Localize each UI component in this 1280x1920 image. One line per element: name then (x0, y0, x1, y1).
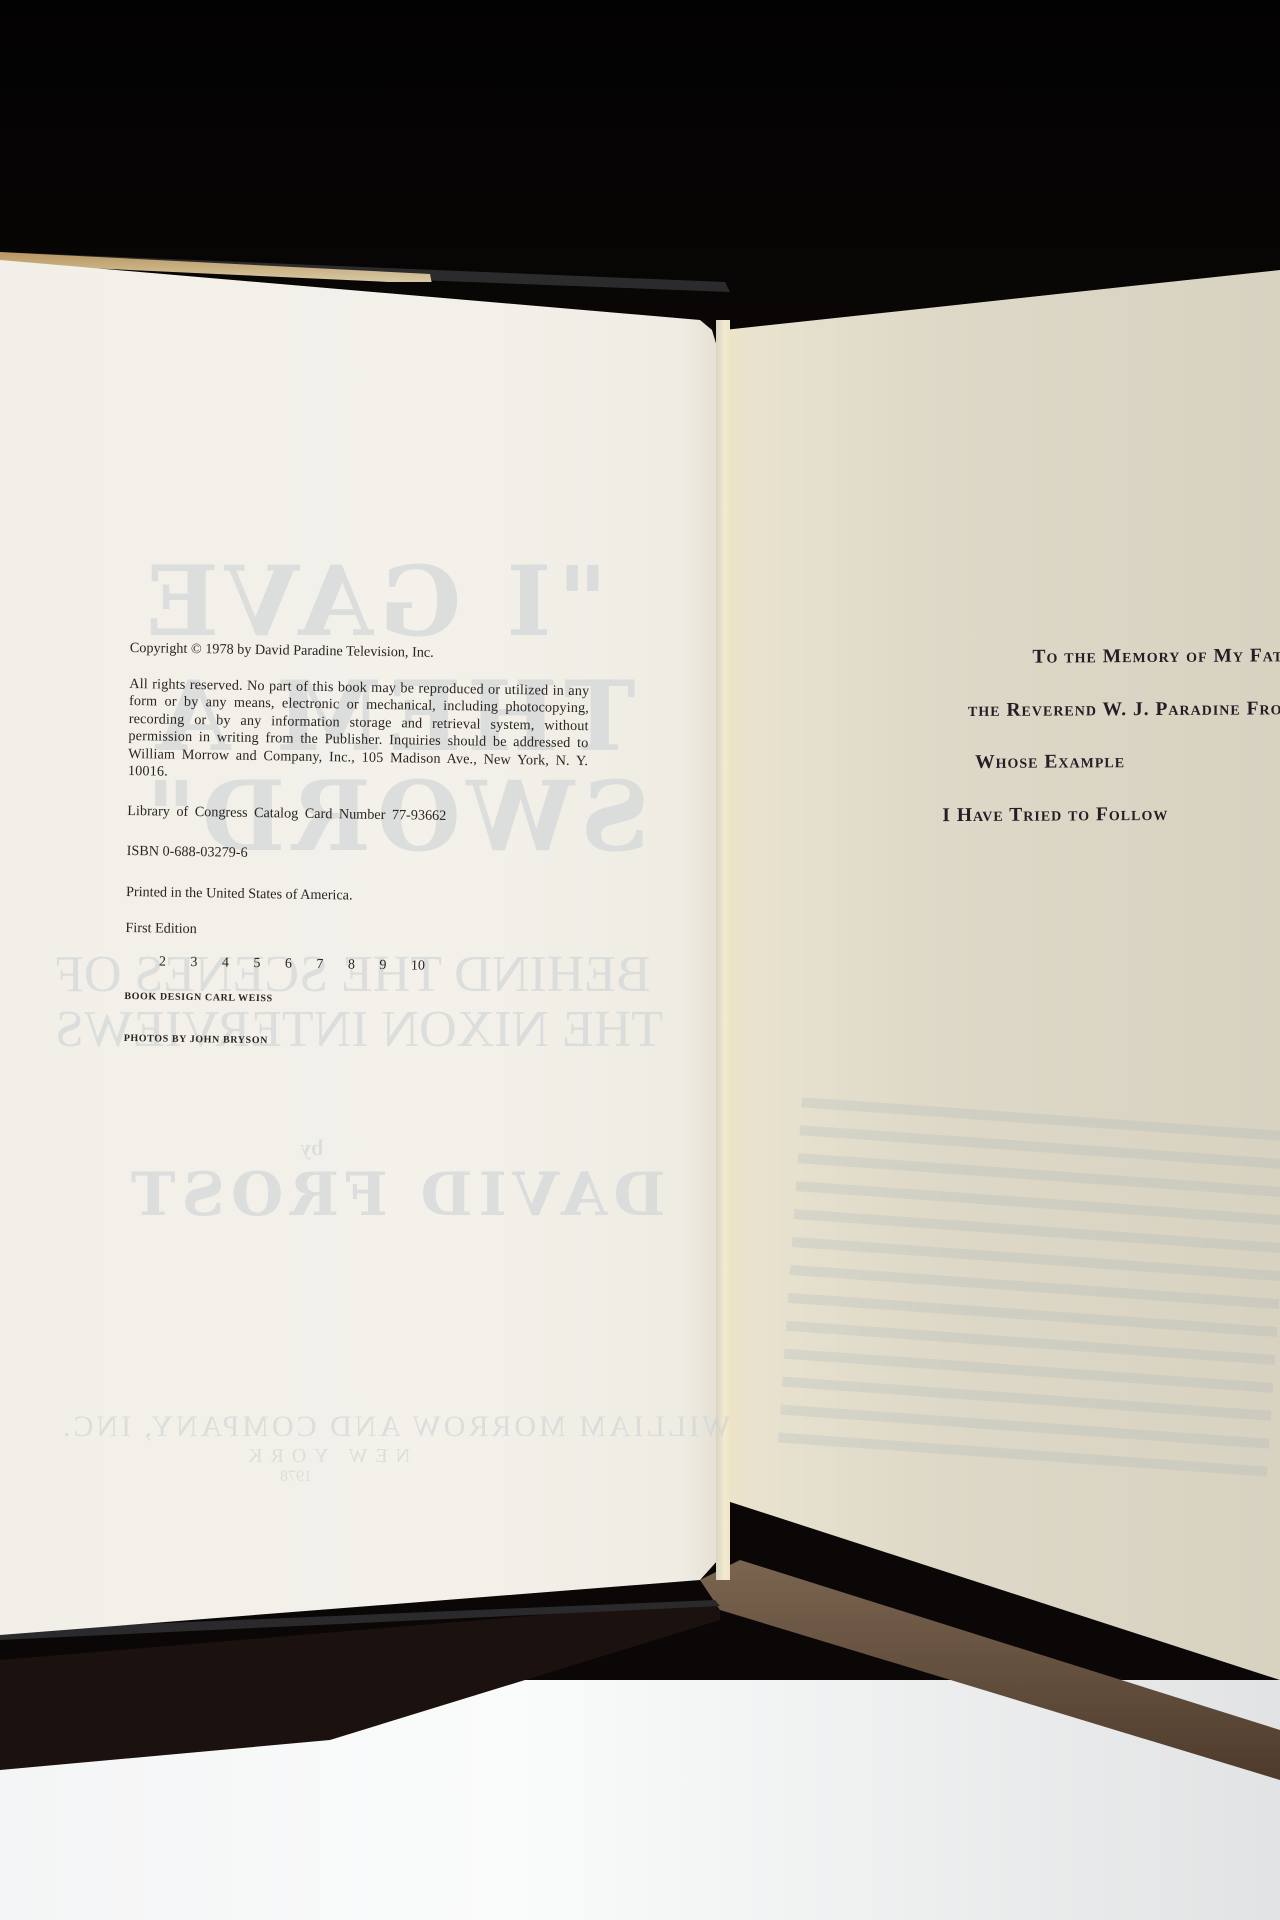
dedication-block: To the Memory of My Father the Reverend … (904, 644, 1280, 857)
edition-line: First Edition (125, 920, 585, 945)
printer-key-number: 8 (348, 957, 380, 973)
printer-key-number: 4 (222, 955, 254, 971)
printer-key-number: 5 (253, 955, 285, 971)
ghost-city: NEW YORK (240, 1445, 410, 1468)
dedication-line: the Reverend W. J. Paradine Frost (865, 696, 1280, 751)
dedication-line: To the Memory of My Father (944, 644, 1280, 699)
ghost-year: 1978 (280, 1468, 312, 1486)
printer-key-number: 10 (411, 958, 443, 974)
book-photo: "I GAVE THEM A SWORD" BEHIND THE SCENES … (0, 0, 1280, 1920)
printed-in-line: Printed in the United States of America. (126, 883, 586, 908)
dedication-line: I Have Tried to Follow (705, 801, 1280, 857)
printer-key-number: 7 (316, 956, 348, 972)
rights-paragraph: All rights reserved. No part of this boo… (128, 675, 590, 787)
printer-key-number: 9 (379, 957, 411, 973)
printer-key-number: 6 (285, 956, 317, 972)
printer-key-number: 2 (159, 954, 191, 970)
copyright-block: Copyright © 1978 by David Paradine Telev… (124, 640, 590, 1055)
ghost-by: by (300, 1135, 323, 1161)
printer-key-number: 3 (190, 954, 222, 970)
dedication-line: Whose Example (695, 749, 1280, 805)
ghost-publisher: WILLIAM MORROW AND COMPANY, INC. (60, 1410, 731, 1444)
printer-key-line: 2 3 4 5 6 7 8 9 10 (125, 953, 585, 976)
ghost-author: DAVID FROST (125, 1160, 665, 1230)
book-gutter (716, 320, 730, 1580)
book-design-credit: BOOK DESIGN CARL WEISS (124, 987, 584, 1012)
ghost-body-text (778, 1083, 1280, 1476)
isbn-line: ISBN 0-688-03279-6 (127, 843, 587, 868)
lccn-line: Library of Congress Catalog Card Number … (127, 802, 587, 827)
